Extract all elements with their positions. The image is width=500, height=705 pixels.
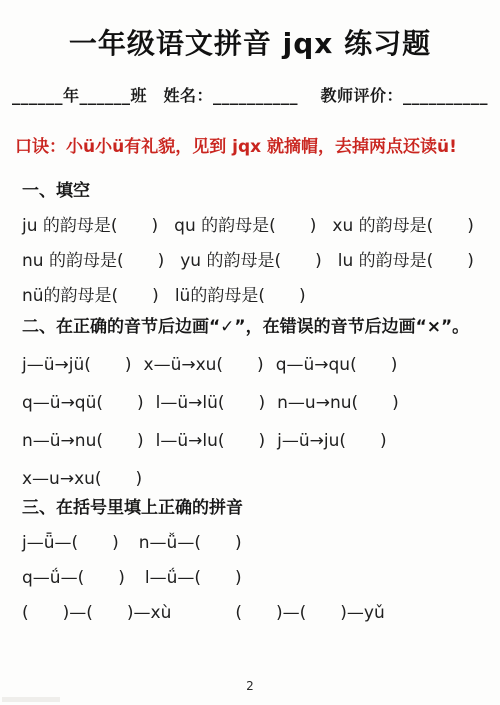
student-info-line: ______年______班 姓名：__________ 教师评价：______… xyxy=(0,85,500,107)
section-heading: 二、在正确的音节后边画“✓”，在错误的音节后边画“×”。 xyxy=(22,316,490,339)
page-number: 2 xyxy=(0,679,500,693)
worksheet-item: lü的韵母是( ) xyxy=(175,285,306,308)
worksheet-item: l—ǘ—( ) xyxy=(145,566,242,590)
worksheet-item: nu 的韵母是( ) xyxy=(22,250,164,273)
worksheet-row: j—ǖ—( ) n—ǚ—( ) xyxy=(22,531,490,555)
worksheet-row: x—u→xu( ) xyxy=(22,467,490,491)
worksheet-item: yu 的韵母是( ) xyxy=(180,250,322,273)
worksheet-item: n—ü→nu( ) xyxy=(22,429,144,453)
worksheet-item: xu 的韵母是( ) xyxy=(332,215,474,238)
worksheet-item: x—ü→xu( ) xyxy=(144,353,264,377)
section-heading: 一、填空 xyxy=(22,180,490,203)
worksheet-item: l—ü→lu( ) xyxy=(156,429,266,453)
worksheet-row: ju 的韵母是( ) qu 的韵母是( ) xu 的韵母是( ) xyxy=(22,215,490,238)
worksheet-item: q—ǘ—( ) xyxy=(22,566,125,590)
worksheet-row: j—ü→jü( ) x—ü→xu( ) q—ü→qu( ) xyxy=(22,353,490,377)
worksheet-row: nü的韵母是( ) lü的韵母是( ) xyxy=(22,285,490,308)
worksheet-item: l—ü→lü( ) xyxy=(156,391,266,415)
worksheet-item: ju 的韵母是( ) xyxy=(22,215,158,238)
worksheet-item: q—ü→qü( ) xyxy=(22,391,144,415)
worksheet-item: x—u→xu( ) xyxy=(22,467,142,491)
watermark-mark xyxy=(2,697,60,702)
section-fill-in-blanks: 一、填空 ju 的韵母是( ) qu 的韵母是( ) xu 的韵母是( ) nu… xyxy=(0,180,500,308)
worksheet-item: j—ü→jü( ) xyxy=(22,353,132,377)
mnemonic-line: 口诀：小ü小ü有礼貌，见到 jqx 就摘帽，去掉两点还读ü! xyxy=(15,136,490,159)
section-check-or-cross: 二、在正确的音节后边画“✓”，在错误的音节后边画“×”。 j—ü→jü( ) x… xyxy=(0,316,500,491)
section-write-correct-pinyin: 三、在括号里填上正确的拼音 j—ǖ—( ) n—ǚ—( ) q—ǘ—( ) l—… xyxy=(0,497,500,625)
worksheet-row: nu 的韵母是( ) yu 的韵母是( ) lu 的韵母是( ) xyxy=(22,250,490,273)
worksheet-item: j—ü→ju( ) xyxy=(277,429,387,453)
worksheet-row: q—ǘ—( ) l—ǘ—( ) xyxy=(22,566,490,590)
worksheet-item: nü的韵母是( ) xyxy=(22,285,159,308)
worksheet-item: q—ü→qu( ) xyxy=(276,353,398,377)
worksheet-item: j—ǖ—( ) xyxy=(22,531,119,555)
worksheet-page: 一年级语文拼音 jqx 练习题 ______年______班 姓名：______… xyxy=(0,0,500,705)
section-heading: 三、在括号里填上正确的拼音 xyxy=(22,497,490,520)
worksheet-item: ( )—( )—xù xyxy=(22,601,171,625)
worksheet-item: lu 的韵母是( ) xyxy=(338,250,474,273)
worksheet-item: n—u→nu( ) xyxy=(277,391,399,415)
worksheet-row: q—ü→qü( ) l—ü→lü( ) n—u→nu( ) xyxy=(22,391,490,415)
worksheet-item: n—ǚ—( ) xyxy=(139,531,242,555)
worksheet-row: ( )—( )—xù ( )—( )—yǔ xyxy=(22,601,490,625)
worksheet-item: qu 的韵母是( ) xyxy=(174,215,316,238)
worksheet-row: n—ü→nu( ) l—ü→lu( ) j—ü→ju( ) xyxy=(22,429,490,453)
worksheet-item: ( )—( )—yǔ xyxy=(235,601,384,625)
page-title: 一年级语文拼音 jqx 练习题 xyxy=(0,0,500,62)
